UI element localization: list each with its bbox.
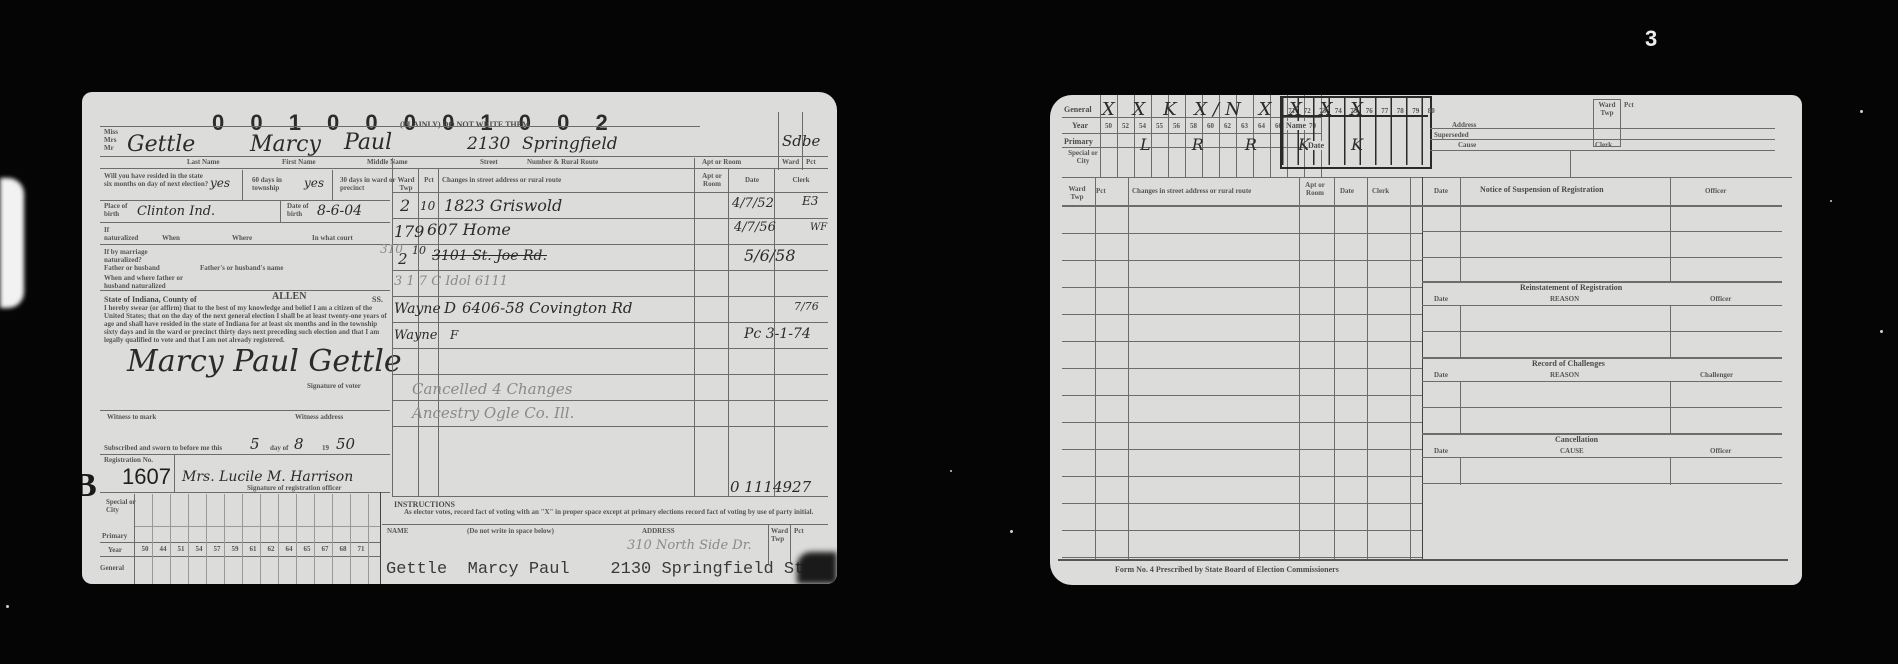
rule [100, 290, 390, 291]
row3-pct: 10 [412, 244, 426, 257]
footer-address-handwritten: 310 North Side Dr. [627, 538, 752, 553]
rule [1062, 177, 1792, 178]
prefix-mrs: Mrs [104, 136, 118, 144]
pct-label: Pct [806, 158, 816, 166]
ward-label: Ward [782, 158, 799, 166]
street-value: Springfield [522, 134, 618, 154]
registration-letter: B [82, 467, 97, 505]
col-clerk: Clerk [776, 176, 826, 184]
witness-address-label: Witness address [295, 413, 343, 421]
row-year: Year [108, 546, 122, 554]
registration-number: 1607 [122, 464, 171, 490]
rule [1422, 205, 1782, 207]
rule [1299, 177, 1300, 559]
first-name-value: Marcy [250, 132, 321, 157]
date-label: Date [1308, 141, 1324, 150]
changes-rows [1062, 207, 1422, 559]
rule [392, 270, 828, 271]
rule [1058, 559, 1788, 561]
rule [242, 170, 243, 200]
rule [134, 494, 135, 584]
father-label: Father's or husband's name [200, 264, 283, 272]
row2-date: 4/7/56 [734, 220, 776, 235]
rule [1282, 115, 1428, 117]
rule [1570, 150, 1571, 177]
row3-date: 5/6/58 [744, 246, 796, 265]
row-primary: Primary [102, 532, 127, 540]
rule [392, 374, 828, 375]
year-cell: 71 [1284, 107, 1300, 115]
challenges-title: Record of Challenges [1532, 359, 1605, 368]
rule [314, 494, 315, 584]
rule [100, 244, 390, 245]
rule [1430, 150, 1775, 151]
faint-entry: 3 1 7 C Idol 6111 [394, 274, 508, 289]
faint-entry: Ancestry Ogle Co. Ill. [412, 404, 574, 422]
rule [790, 524, 791, 564]
county-value: ALLEN [272, 291, 306, 302]
reinstatement-reason-label: REASON [1550, 295, 1579, 303]
suspension-date-label: Date [1434, 187, 1448, 195]
rule [100, 542, 380, 543]
rule [100, 454, 390, 455]
rule [332, 494, 333, 584]
year-row: 50 44 51 54 57 59 61 62 64 65 67 68 71 [136, 545, 370, 553]
signature-label: Signature of voter [307, 382, 361, 390]
blank-area [1423, 485, 1782, 559]
challenger-label: Challenger [1700, 371, 1733, 379]
rule [206, 494, 207, 584]
row-special: Special or City [106, 498, 136, 514]
col-pct: Pct [1096, 187, 1106, 195]
suspension-officer-label: Officer [1705, 187, 1726, 195]
dust-speck [1830, 200, 1832, 202]
row1-address: 1823 Griswold [444, 196, 562, 215]
rule [694, 158, 695, 496]
year-cell: 80 [1424, 107, 1440, 115]
rule [100, 156, 828, 157]
rule [392, 296, 828, 297]
rule [392, 218, 828, 219]
rule [100, 200, 390, 201]
reinstatement-officer-label: Officer [1710, 295, 1731, 303]
a-township-value: yes [304, 176, 324, 190]
rule [1422, 483, 1782, 484]
derivative-label: If by marriage naturalized? Father or hu… [104, 248, 162, 272]
cancellation-date-label: Date [1434, 447, 1448, 455]
street-label: Street [480, 158, 498, 166]
reinstatement-title: Reinstatement of Registration [1520, 283, 1622, 292]
row3-ward: 2 [398, 250, 408, 268]
rule [100, 222, 390, 223]
cancellation-title: Cancellation [1555, 435, 1598, 444]
rule [1422, 305, 1782, 306]
oath-text: I hereby swear (or affirm) that to the b… [104, 304, 389, 344]
state-county-label: State of Indiana, County of [104, 295, 197, 304]
rule [260, 494, 261, 584]
cancellation-cause-label: CAUSE [1560, 447, 1584, 455]
reinstatement-date-label: Date [1434, 295, 1448, 303]
rule [392, 400, 828, 401]
rule [1422, 231, 1782, 232]
superseded-label: Superseded [1434, 131, 1469, 139]
rule [392, 348, 828, 349]
q-township-label: 60 days in township [252, 176, 302, 192]
film-artifact [0, 178, 24, 308]
registration-card-front: 0 0 1 0 0 0 0 1 0 0 2 (PLAINLY) DO NOT W… [82, 92, 837, 584]
row-special: Special or City [1068, 149, 1098, 165]
place-of-birth-label: Place of birth [104, 202, 132, 218]
officer-label: Signature of registration officer [247, 484, 341, 492]
rule [1422, 331, 1782, 332]
dust-speck [950, 470, 952, 472]
card-damage [797, 552, 837, 584]
rule [280, 200, 281, 222]
rule [1422, 457, 1782, 458]
col-date: Date [730, 176, 774, 184]
rule [802, 112, 803, 170]
middle-name-value: Paul [344, 130, 392, 155]
rule [100, 556, 380, 557]
row1-pct: 10 [420, 199, 435, 213]
suspension-title: Notice of Suspension of Registration [1480, 185, 1604, 194]
a-state-value: yes [210, 176, 230, 190]
ward-label: Ward Twp [1596, 101, 1618, 117]
rule [1410, 177, 1411, 559]
sworn-day: 5 [250, 435, 260, 453]
dust-speck [6, 605, 9, 608]
first-name-label: First Name [282, 158, 316, 166]
row-primary: Primary [1064, 137, 1093, 146]
col-ward: Ward Twp [394, 176, 418, 192]
rule [296, 494, 297, 584]
rule [152, 494, 153, 584]
rule [778, 112, 779, 170]
row2-clerk: WF [810, 222, 827, 233]
year-box-row: 71 72 73 74 75 76 77 78 79 80 [1284, 107, 1439, 115]
col-changes: Changes in street address or rural route [442, 176, 692, 184]
row1-clerk: E3 [802, 194, 818, 208]
row6-ward: Wayne [394, 328, 437, 343]
apt-label: Apt or Room [702, 158, 741, 166]
date-of-birth-value: 8-6-04 [317, 203, 362, 219]
where-label: Where [232, 234, 252, 242]
row2-pct: 79 [404, 222, 424, 241]
day-of-label: day of [270, 444, 288, 452]
sworn-month: 8 [294, 435, 304, 453]
rule [224, 494, 225, 584]
rule [174, 454, 175, 492]
rule [1095, 177, 1096, 559]
witness-label: Witness to mark [107, 413, 156, 421]
col-pct: Pct [420, 176, 438, 184]
dust-speck [1010, 530, 1013, 533]
prefix-miss: Miss [104, 128, 118, 136]
number-label: Number & Rural Route [527, 158, 598, 166]
year-cell: 73 [1315, 107, 1331, 115]
row3-address: 3101 St. Joe Rd. [432, 248, 547, 264]
row5-ward: Wayne [394, 301, 441, 317]
row-year: Year [1072, 121, 1088, 130]
rule [368, 494, 369, 584]
col-apt: Apt or Room [696, 172, 728, 188]
place-of-birth-value: Clinton Ind. [137, 204, 215, 219]
row6-date: Pc 3-1-74 [744, 326, 811, 342]
col-clerk: Clerk [1372, 187, 1389, 195]
rule [380, 492, 381, 584]
col-ward: Ward Twp [1062, 185, 1092, 201]
row6-pct: F [450, 328, 458, 342]
rule [100, 492, 390, 493]
ss-label: SS. [372, 295, 383, 304]
rule [1334, 177, 1335, 559]
footer-note: (Do not write in space below) [467, 527, 554, 535]
rule [392, 426, 828, 427]
name-label: Name [1286, 121, 1306, 130]
registration-number-label: Registration No. [104, 456, 153, 464]
middle-name-label: Middle Name [367, 158, 408, 166]
rule [392, 158, 393, 496]
cause-label: Cause [1458, 141, 1476, 149]
row-general: General [100, 564, 124, 572]
row-general: General [1064, 105, 1092, 114]
year-cell: 78 [1393, 107, 1409, 115]
header-instruction: (PLAINLY) DO NOT WRITE THEM [400, 120, 530, 129]
rule [100, 410, 390, 411]
col-changes: Changes in street address or rural route [1132, 187, 1251, 195]
form-footer: Form No. 4 Prescribed by State Board of … [1115, 565, 1339, 574]
sworn-year: 50 [336, 435, 355, 453]
rule [1367, 177, 1368, 559]
footer-ward-label: Ward Twp [771, 527, 789, 543]
rule [392, 244, 828, 245]
filing-number: 0 1114927 [730, 478, 811, 496]
year-cell: 72 [1300, 107, 1316, 115]
rule [278, 494, 279, 584]
dust-speck [1860, 110, 1863, 113]
col-date: Date [1340, 187, 1354, 195]
naturalized-label: If naturalized [104, 226, 144, 242]
rule [1422, 257, 1782, 258]
rule [100, 168, 828, 169]
faint-entry: Cancelled 4 Changes [412, 380, 572, 398]
rule [382, 524, 828, 525]
footer-address-label: ADDRESS [642, 527, 675, 535]
frame-number: 3 [1645, 26, 1657, 52]
rule [392, 192, 828, 193]
prefix-mr: Mr [104, 144, 118, 152]
date-of-birth-label: Date of birth [287, 202, 315, 218]
street-number-value: 2130 [467, 134, 510, 154]
rule [332, 170, 333, 200]
challenges-reason-label: REASON [1550, 371, 1579, 379]
footer-pct-label: Pct [794, 527, 804, 535]
typed-name-address: Gettle Marcy Paul 2130 Springfield St. [386, 560, 814, 579]
row5-pct: D [444, 299, 456, 317]
when-where-label: When and where father or husband natural… [104, 274, 184, 290]
rule [768, 524, 769, 564]
footer-name-label: NAME [387, 527, 408, 535]
sworn-label: Subscribed and sworn to before me this [104, 444, 222, 452]
year-cell: 75 [1346, 107, 1362, 115]
officer-signature: Mrs. Lucile M. Harrison [182, 469, 353, 485]
rule [392, 496, 828, 497]
dust-speck [1880, 330, 1883, 333]
pct-label: Pct [1624, 101, 1634, 109]
col-apt: Apt or Room [1300, 181, 1330, 197]
row2-address: 607 Home [427, 220, 511, 239]
rule [1422, 381, 1782, 382]
q-ward-label: 30 days in ward or precinct [340, 176, 400, 192]
rule [188, 494, 189, 584]
rule [100, 126, 700, 127]
cancellation-officer-label: Officer [1710, 447, 1731, 455]
year-cell: 79 [1408, 107, 1424, 115]
row1-ward: 2 [400, 196, 410, 215]
year-cell: 76 [1362, 107, 1378, 115]
row1-date: 4/7/52 [732, 196, 774, 211]
year-cell: 77 [1377, 107, 1393, 115]
registration-card-back: General Year Primary Special or City 50 … [1050, 95, 1802, 585]
row2-ward: 1 [394, 222, 404, 241]
voting-record-grid: Special or City Primary Year General 50 … [100, 494, 380, 584]
rule [242, 494, 243, 584]
last-name-value: Gettle [127, 132, 195, 157]
title-prefixes: Miss Mrs Mr [104, 128, 118, 152]
last-name-label: Last Name [187, 158, 219, 166]
rule [1128, 177, 1129, 559]
instructions-text: As elector votes, record fact of voting … [404, 508, 824, 516]
year-prefix: 19 [322, 444, 329, 452]
rule [170, 494, 171, 584]
row5-date: 7/76 [794, 300, 819, 313]
voter-signature: Marcy Paul Gettle [127, 344, 402, 379]
rule [350, 494, 351, 584]
q-state-label: Will you have resided in the state six m… [104, 172, 209, 188]
when-label: When [162, 234, 180, 242]
rule [392, 322, 828, 323]
rule [1422, 407, 1782, 408]
year-cell: 74 [1331, 107, 1347, 115]
court-label: In what court [312, 234, 353, 242]
row5-address: 6406-58 Covington Rd [462, 299, 633, 317]
challenges-date-label: Date [1434, 371, 1448, 379]
